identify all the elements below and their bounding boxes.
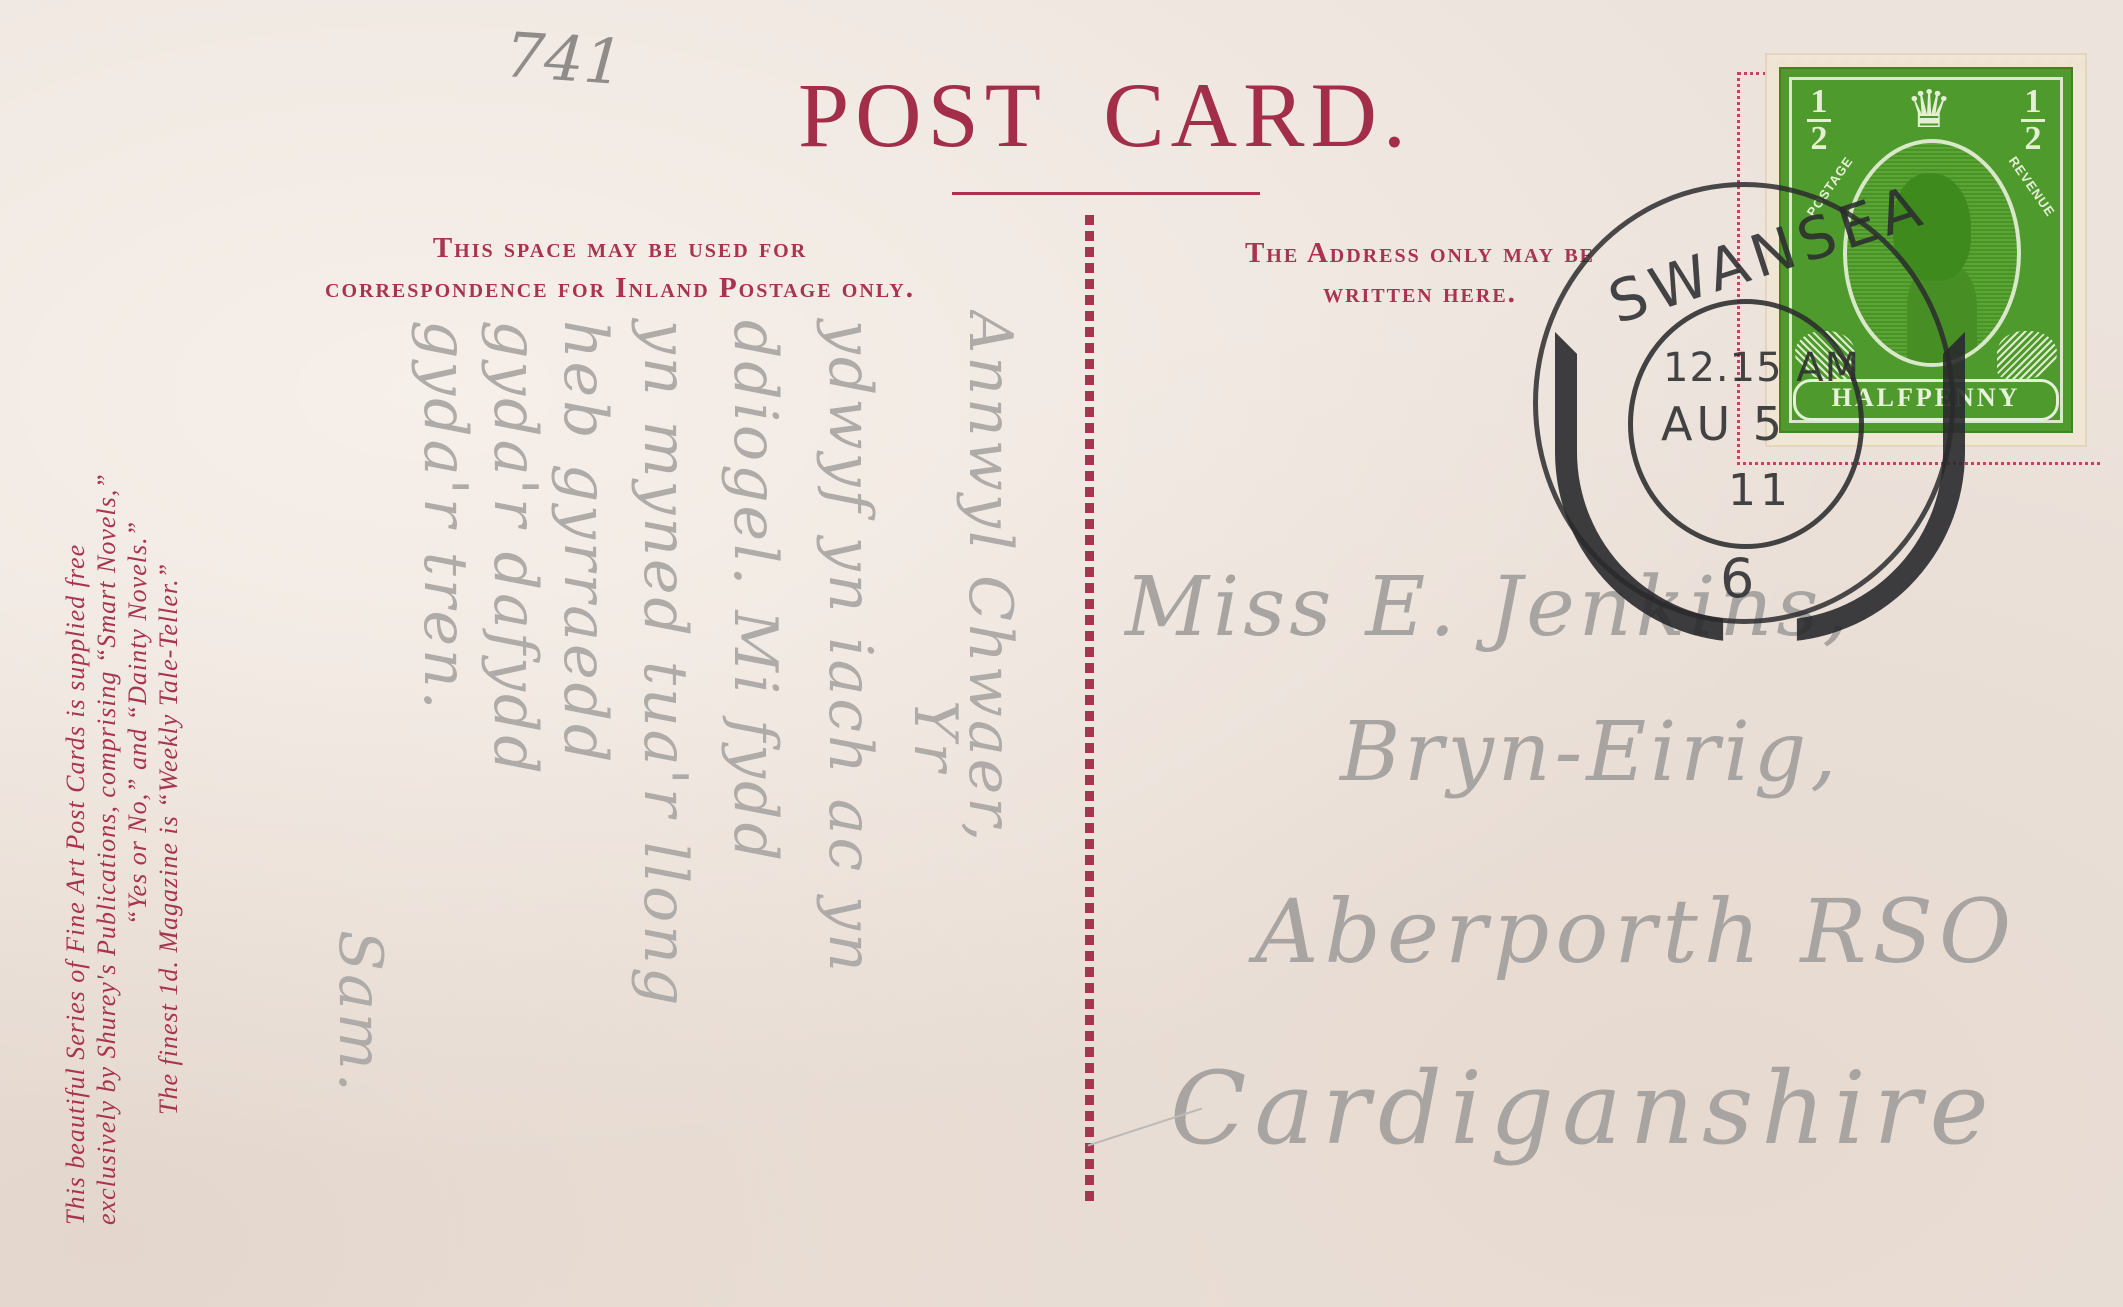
postmark-office-number: 6 [1720,547,1754,610]
pencil-reference-number: 741 [503,18,626,99]
stamp-value-fraction-left: 1 2 [1801,87,1837,154]
message-line: gyda'r tren. [410,320,480,713]
postcard-back: POST CARD. 741 This space may be used fo… [0,0,2123,1307]
publisher-note: This beautiful Series of Fine Art Post C… [60,105,184,1225]
fraction-numerator: 1 [1801,87,1837,117]
publisher-note-line3: “Yes or No,” and “Dainty Novels.” [122,105,153,1225]
postmark-date: AU 5 [1661,397,1786,451]
fraction-numerator: 1 [2015,87,2051,117]
message-line: yn myned tua'r llong [630,320,700,1008]
postmark-cancellation: SWANSEA 12.15 AM AU 5 11 6 [1533,182,1953,622]
publisher-note-line1: This beautiful Series of Fine Art Post C… [60,105,91,1225]
message-line: ddiogel. Mi fydd [720,320,790,864]
fraction-denominator: 2 [1801,124,1837,154]
address-line-town: Aberporth RSO [1255,880,2017,983]
message-line: heb gyrraedd [550,320,620,765]
fraction-denominator: 2 [2015,124,2051,154]
correspondence-notice: This space may be used for correspondenc… [215,228,1025,308]
handwritten-message: Annwyl Chwaer, Yr ydwyf yn iach ac yn dd… [250,310,1050,1300]
stamp-placement-box-top [1737,72,1767,75]
postmark-time: 12.15 AM [1663,345,1860,391]
message-signature: Sam. [325,930,395,1095]
title-underline [952,192,1260,195]
correspondence-notice-line2: correspondence for Inland Postage only. [215,268,1025,308]
address-line-county: Cardiganshire [1170,1050,1997,1167]
stamp-value-fraction-right: 1 2 [2015,87,2051,154]
message-line: Yr [900,700,970,774]
correspondence-notice-line1: This space may be used for [215,228,1025,268]
postmark-year: 11 [1728,465,1792,516]
publisher-note-line4: The finest 1d. Magazine is “Weekly Tale-… [153,105,184,1225]
address-line-house: Bryn-Eirig, [1340,705,1840,800]
message-line: ydwyf yn iach ac yn [815,320,885,975]
message-line: gyda'r dafydd [480,320,550,777]
publisher-note-line2: exclusively by Shurey's Publications, co… [91,105,122,1225]
center-divider [1085,215,1094,1202]
crown-icon: ♛ [1889,85,1969,137]
postcard-title: POST CARD. [798,62,1412,168]
